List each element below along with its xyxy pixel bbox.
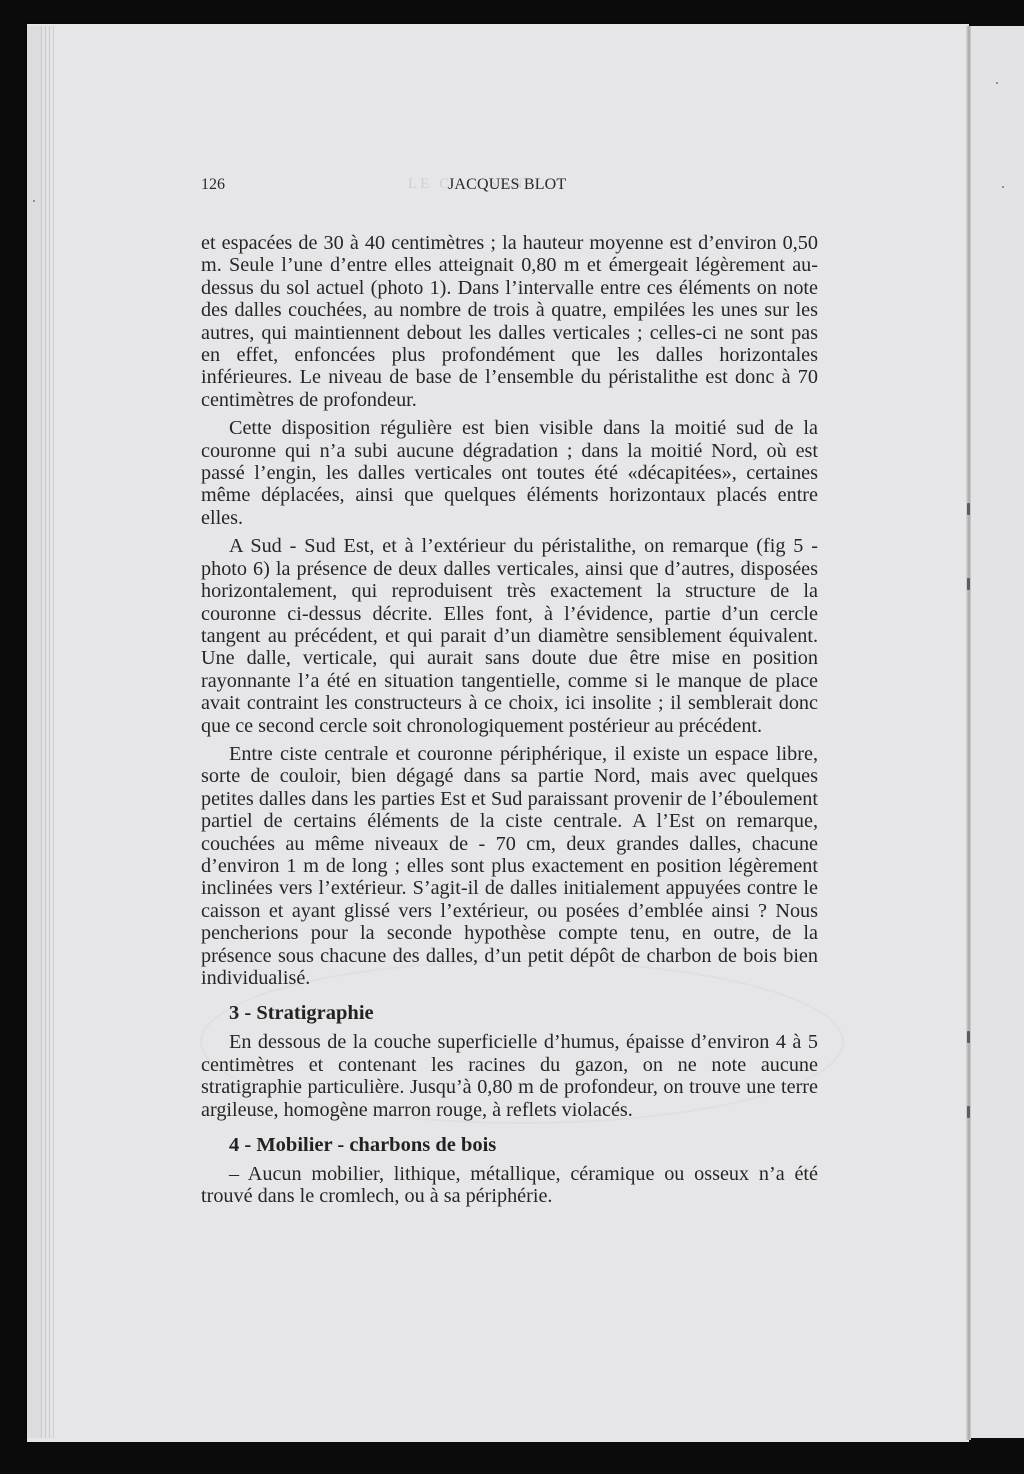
- page-stack-edges: [27, 26, 61, 1438]
- body-text: et espacées de 30 à 40 centimètres ; la …: [201, 232, 818, 1214]
- paragraph: Cette disposition régulière est bien vis…: [201, 417, 818, 529]
- running-head-author: JACQUES BLOT: [448, 176, 566, 194]
- paragraph: A Sud - Sud Est, et à l’extérieur du pér…: [201, 535, 818, 737]
- paragraph: et espacées de 30 à 40 centimètres ; la …: [201, 232, 818, 411]
- binding-stitch-mark: [967, 503, 970, 515]
- paper-speck: [1002, 186, 1004, 188]
- paper-speck: [33, 200, 35, 202]
- paper-speck: [996, 82, 998, 84]
- section-heading-mobilier: 4 - Mobilier - charbons de bois: [229, 1133, 818, 1157]
- section-heading-stratigraphie: 3 - Stratigraphie: [229, 1001, 818, 1025]
- page-number: 126: [201, 176, 225, 194]
- binding-stitch-mark: [967, 1031, 970, 1043]
- paragraph: En dessous de la couche superficielle d’…: [201, 1031, 818, 1121]
- binding-stitch-mark: [967, 578, 970, 590]
- running-head: 126 JACQUES BLOT: [201, 176, 831, 198]
- binding-stitch-mark: [967, 1106, 970, 1118]
- paragraph: – Aucun mobilier, lithique, métallique, …: [201, 1163, 818, 1208]
- facing-page-sliver: [971, 26, 1024, 1438]
- book-gutter: [966, 26, 971, 1440]
- paragraph: Entre ciste centrale et couronne périphé…: [201, 743, 818, 989]
